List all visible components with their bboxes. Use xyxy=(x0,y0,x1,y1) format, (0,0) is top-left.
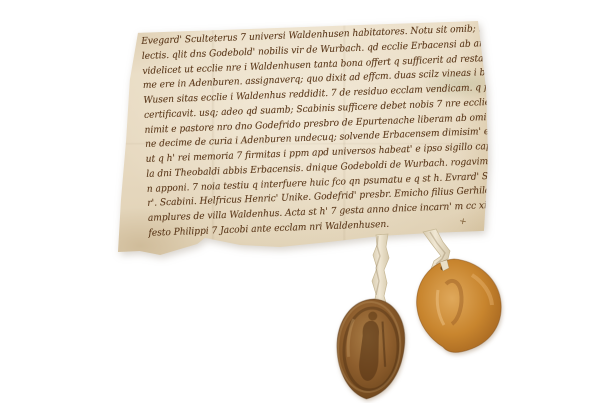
left-wax-seal xyxy=(334,297,407,400)
left-seal-tag xyxy=(372,234,389,308)
photo-stage: Evegard' Sculteterus 7 universi Waldenhu… xyxy=(0,0,600,403)
seals-and-tags xyxy=(0,0,600,403)
right-wax-seal xyxy=(417,259,502,352)
right-seal-body xyxy=(417,259,502,352)
